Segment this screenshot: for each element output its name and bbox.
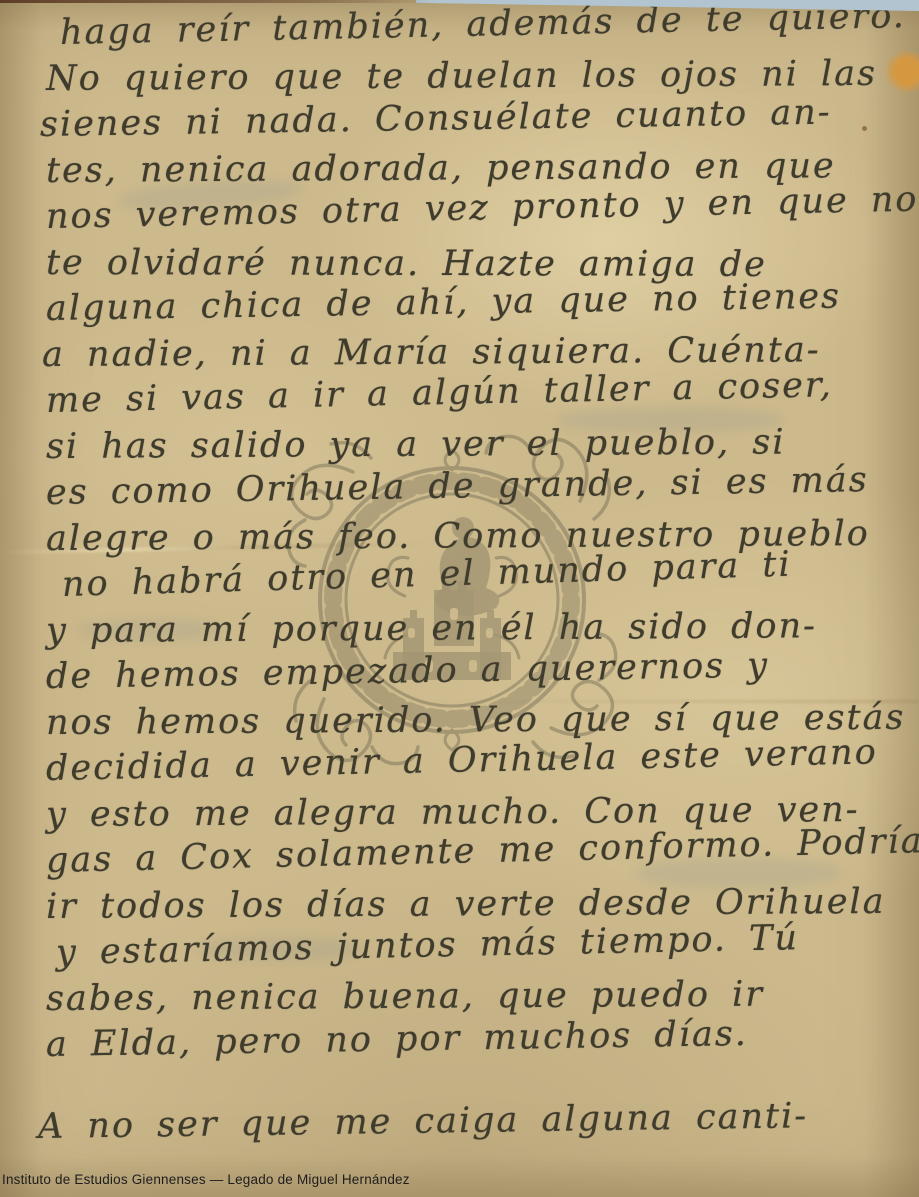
letter-body: haga reír también, además de te quiero. … [46, 10, 913, 1150]
ink-speck [862, 126, 867, 131]
page-top-edge [0, 0, 436, 3]
letter-line: A no ser que me caiga alguna canti- [38, 1092, 914, 1150]
archive-caption: Instituto de Estudios Giennenses — Legad… [2, 1172, 410, 1187]
scanned-letter-page: haga reír también, además de te quiero. … [0, 0, 919, 1197]
